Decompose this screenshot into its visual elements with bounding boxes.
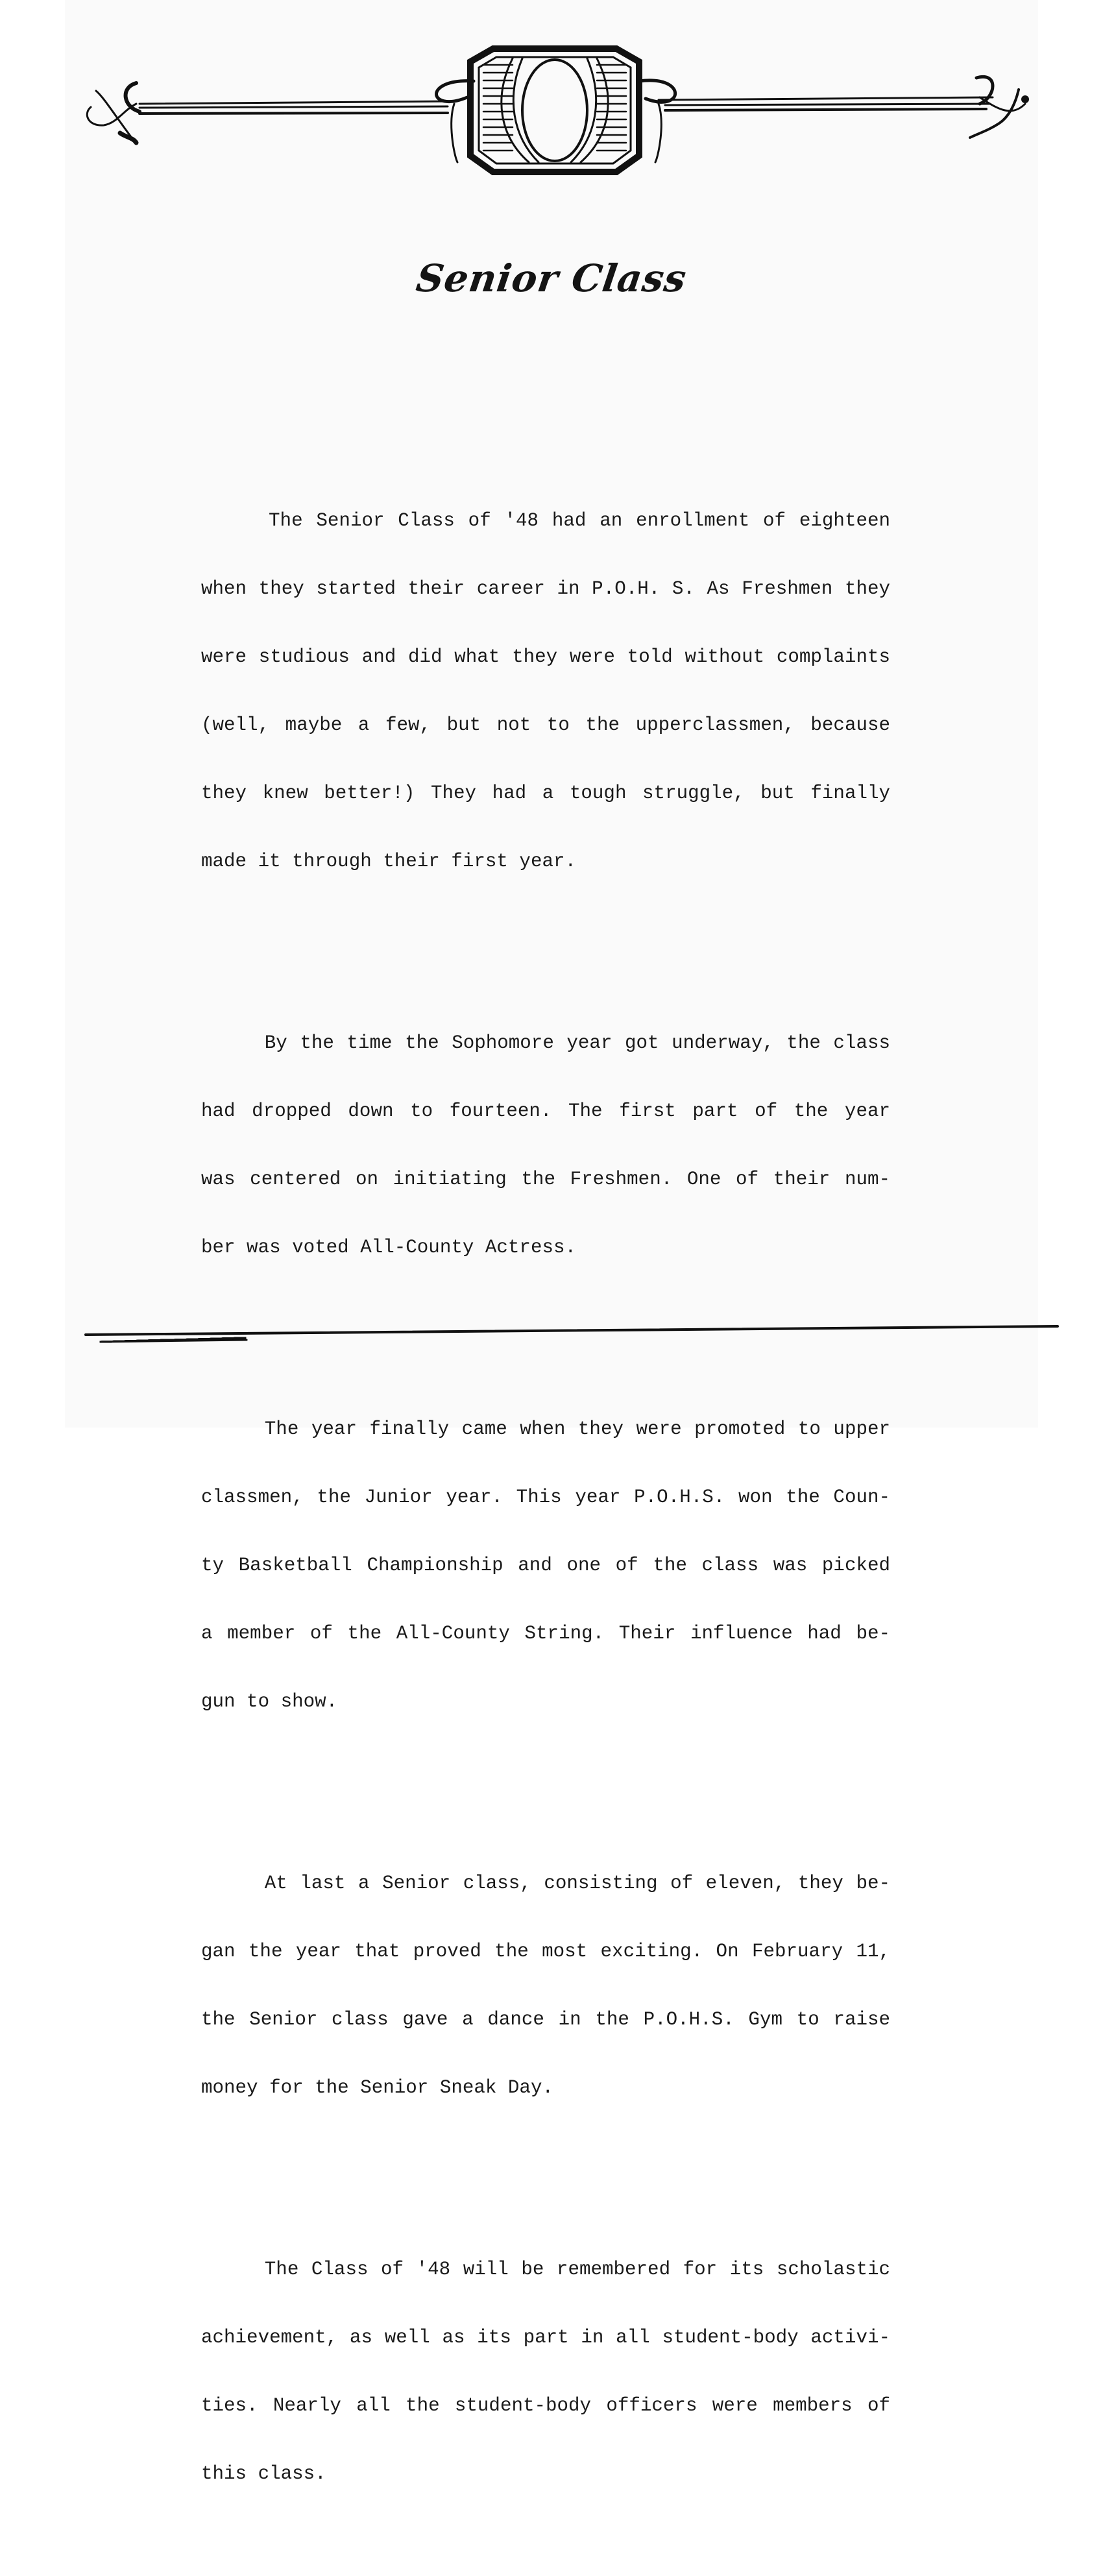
page-title: Senior Class xyxy=(0,256,1103,300)
text-line: they knew better!) They had a tough stru… xyxy=(201,782,890,805)
text-line: made it through their first year. xyxy=(201,850,890,873)
text-line: were studious and did what they were tol… xyxy=(201,646,890,668)
bottom-ornament-icon xyxy=(0,1298,1103,1428)
text-line: By the time the Sophomore year got under… xyxy=(201,1032,890,1054)
text-line: was centered on initiating the Freshmen.… xyxy=(201,1168,890,1191)
text-line: had dropped down to fourteen. The first … xyxy=(201,1100,890,1123)
paragraph-sophomore-year: By the time the Sophomore year got under… xyxy=(201,986,890,1304)
text-line: (well, maybe a few, but not to the upper… xyxy=(201,714,890,736)
top-ornament-icon xyxy=(0,0,1103,195)
article-body: The Senior Class of '48 had an enrollmen… xyxy=(201,419,890,1428)
text-line: The Senior Class of '48 had an enrollmen… xyxy=(201,509,890,532)
text-line: when they started their career in P.O.H.… xyxy=(201,577,890,600)
paragraph-freshman-year: The Senior Class of '48 had an enrollmen… xyxy=(201,464,890,918)
text-line: ber was voted All-County Actress. xyxy=(201,1236,890,1259)
